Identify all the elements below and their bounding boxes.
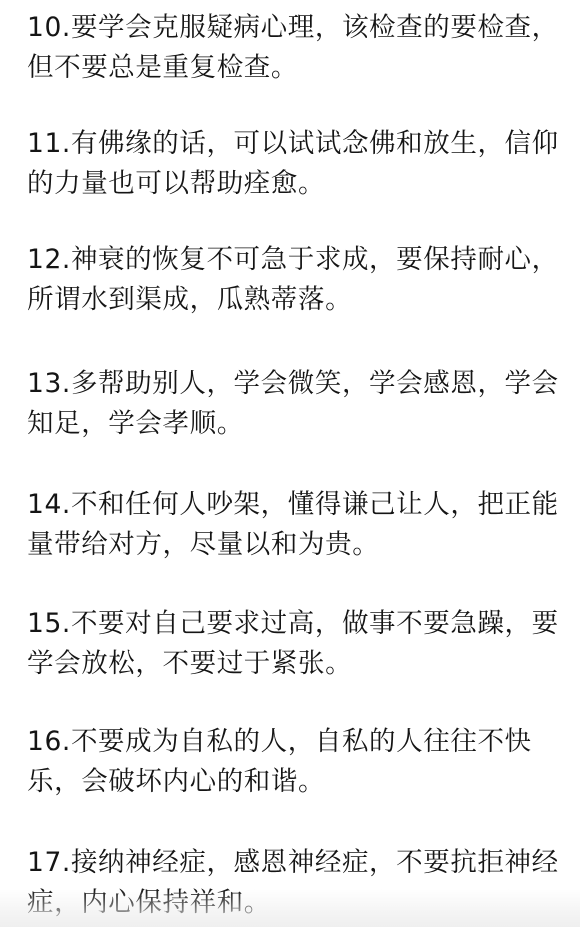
list-item-14: 14.不和任何人吵架，懂得谦己让人，把正能 量带给对方，尽量以和为贵。 [27,485,567,565]
list-item-line: 17.接纳神经症，感恩神经症，不要抗拒神经 [27,843,567,883]
list-item-13: 13.多帮助别人，学会微笑，学会感恩，学会 知足，学会孝顺。 [27,364,567,444]
list-item-line: 症，内心保持祥和。 [27,883,567,923]
list-item-line: 的力量也可以帮助痊愈。 [27,164,567,204]
list-item-line: 10.要学会克服疑病心理，该检查的要检查， [27,8,567,48]
list-item-10: 10.要学会克服疑病心理，该检查的要检查， 但不要总是重复检查。 [27,8,567,88]
list-item-16: 16.不要成为自私的人，自私的人往往不快 乐，会破坏内心的和谐。 [27,722,567,802]
list-item-line: 量带给对方，尽量以和为贵。 [27,525,567,565]
list-item-line: 15.不要对自己要求过高，做事不要急躁，要 [27,604,567,644]
list-item-line: 11.有佛缘的话，可以试试念佛和放生，信仰 [27,124,567,164]
list-item-line: 知足，学会孝顺。 [27,404,567,444]
list-item-line: 但不要总是重复检查。 [27,48,567,88]
list-item-line: 12.神衰的恢复不可急于求成，要保持耐心， [27,240,567,280]
list-item-line: 所谓水到渠成，瓜熟蒂落。 [27,280,567,320]
list-item-17: 17.接纳神经症，感恩神经症，不要抗拒神经 症，内心保持祥和。 [27,843,567,923]
list-item-line: 14.不和任何人吵架，懂得谦己让人，把正能 [27,485,567,525]
list-item-line: 学会放松，不要过于紧张。 [27,644,567,684]
list-item-11: 11.有佛缘的话，可以试试念佛和放生，信仰 的力量也可以帮助痊愈。 [27,124,567,204]
document-page: 10.要学会克服疑病心理，该检查的要检查， 但不要总是重复检查。 11.有佛缘的… [0,0,580,927]
list-item-line: 乐，会破坏内心的和谐。 [27,762,567,802]
list-item-line: 13.多帮助别人，学会微笑，学会感恩，学会 [27,364,567,404]
list-item-line: 16.不要成为自私的人，自私的人往往不快 [27,722,567,762]
list-item-12: 12.神衰的恢复不可急于求成，要保持耐心， 所谓水到渠成，瓜熟蒂落。 [27,240,567,320]
list-item-15: 15.不要对自己要求过高，做事不要急躁，要 学会放松，不要过于紧张。 [27,604,567,684]
